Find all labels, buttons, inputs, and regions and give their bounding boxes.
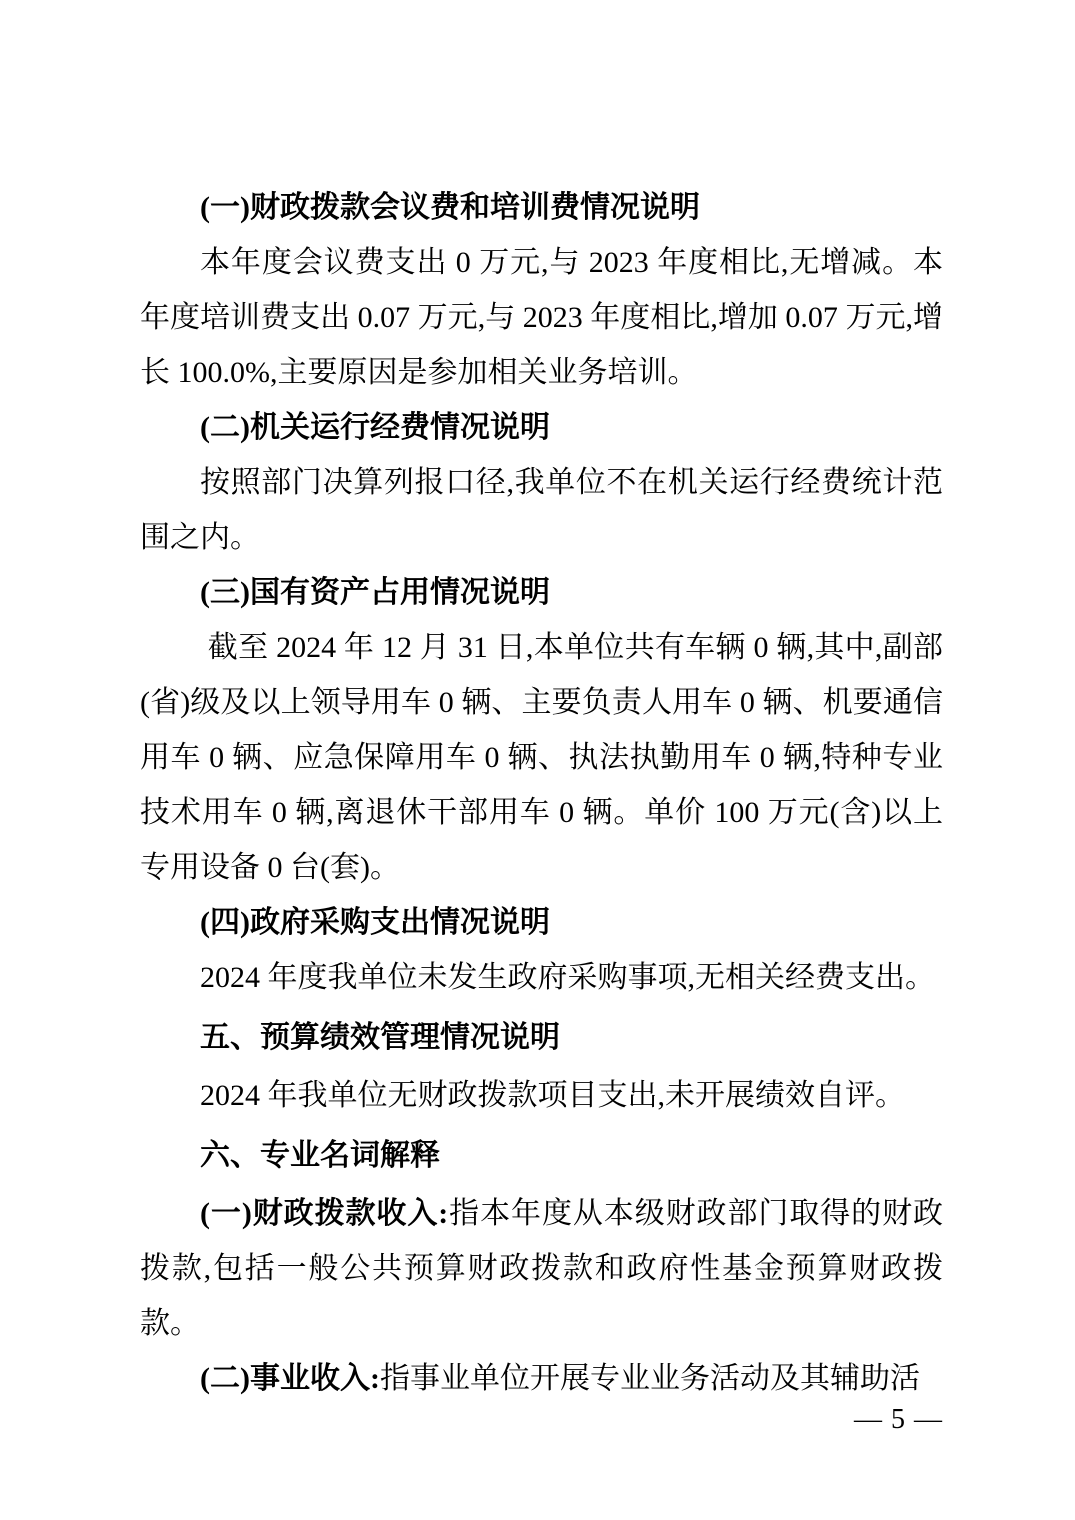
section-heading-government-procurement: (四)政府采购支出情况说明 xyxy=(140,895,943,950)
paragraph-budget-performance: 2024 年我单位无财政拨款项目支出,未开展绩效自评。 xyxy=(140,1068,943,1123)
definition-business-income: (二)事业收入:指事业单位开展专业业务活动及其辅助活 xyxy=(140,1351,943,1406)
section-heading-meeting-training-fees: (一)财政拨款会议费和培训费情况说明 xyxy=(140,180,943,235)
chapter-heading-terminology: 六、专业名词解释 xyxy=(140,1128,943,1183)
section-heading-state-assets: (三)国有资产占用情况说明 xyxy=(140,565,943,620)
paragraph-government-procurement: 2024 年度我单位未发生政府采购事项,无相关经费支出。 xyxy=(140,950,943,1005)
document-page: (一)财政拨款会议费和培训费情况说明 本年度会议费支出 0 万元,与 2023 … xyxy=(0,0,1075,1520)
definition-business-income-term: (二)事业收入: xyxy=(200,1362,380,1395)
definition-business-income-text: 指事业单位开展专业业务活动及其辅助活 xyxy=(380,1362,920,1395)
chapter-heading-budget-performance: 五、预算绩效管理情况说明 xyxy=(140,1010,943,1065)
definition-fiscal-appropriation-income-term: (一)财政拨款收入: xyxy=(200,1197,448,1230)
paragraph-state-assets: 截至 2024 年 12 月 31 日,本单位共有车辆 0 辆,其中,副部(省)… xyxy=(140,620,943,895)
document-content: (一)财政拨款会议费和培训费情况说明 本年度会议费支出 0 万元,与 2023 … xyxy=(140,180,943,1406)
definition-fiscal-appropriation-income: (一)财政拨款收入:指本年度从本级财政部门取得的财政拨款,包括一般公共预算财政拨… xyxy=(140,1186,943,1351)
page-number: — 5 — xyxy=(854,1403,943,1437)
paragraph-meeting-training-fees: 本年度会议费支出 0 万元,与 2023 年度相比,无增减。本年度培训费支出 0… xyxy=(140,235,943,400)
paragraph-operating-expenses: 按照部门决算列报口径,我单位不在机关运行经费统计范围之内。 xyxy=(140,455,943,565)
section-heading-operating-expenses: (二)机关运行经费情况说明 xyxy=(140,400,943,455)
